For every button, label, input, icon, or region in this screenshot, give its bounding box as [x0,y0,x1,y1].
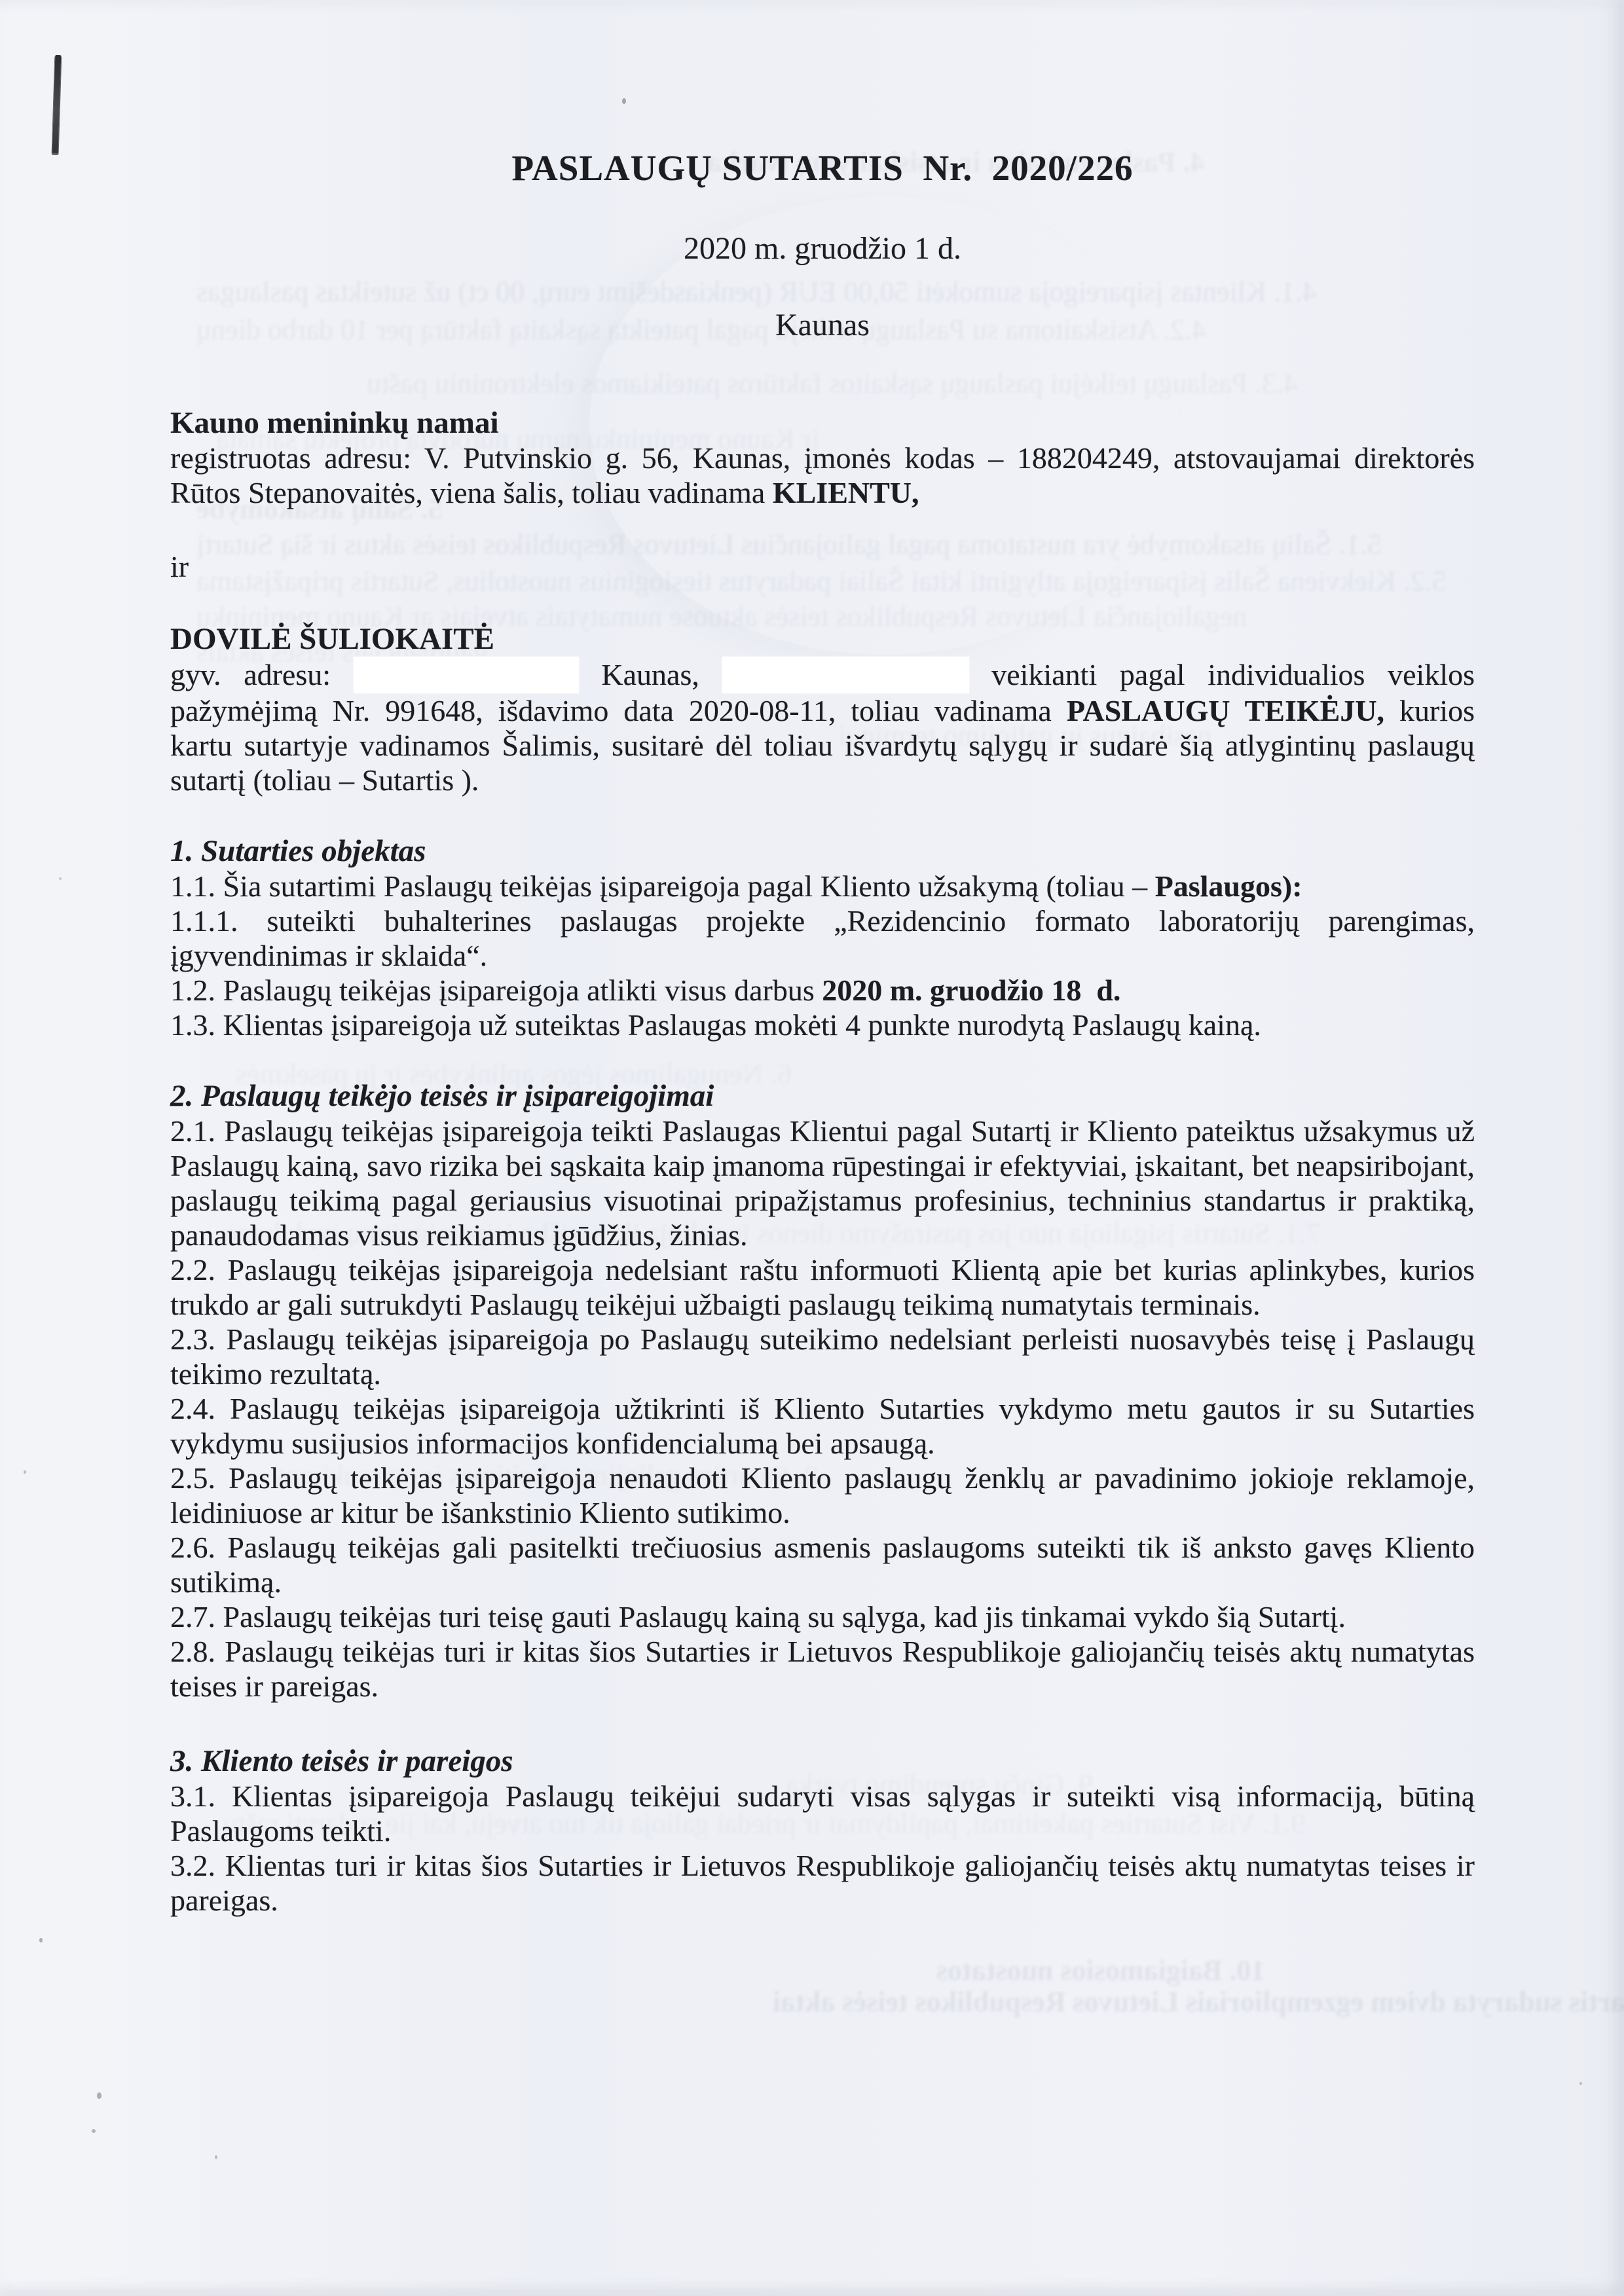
provider-certificate-text: pažymėjimą Nr. 991648, išdavimo data 202… [170,694,1052,727]
scan-speckle [39,1938,43,1942]
clause-1-1-text: 1.1. Šia sutartimi Paslaugų teikėjas įsi… [170,869,1147,903]
client-line2-text: Rūtos Stepanovaitės, viena šalis, toliau… [170,476,765,509]
scan-speckle [97,2092,101,2099]
provider-activity-text: veikianti pagal individualios veiklos [991,658,1475,691]
provider-term: PASLAUGŲ TEIKĖJU, [1067,694,1384,727]
scan-speckle [1579,2082,1582,2085]
provider-details-line4: sutartį (toliau – Sutartis ). [170,763,1475,797]
section-1-heading: 1. Sutarties objektas [170,834,1475,869]
provider-details-line2: pažymėjimą Nr. 991648, išdavimo data 202… [170,693,1475,728]
contract-content: PASLAUGŲ SUTARTIS Nr. 2020/226 2020 m. g… [170,0,1475,1918]
contract-city: Kaunas [170,307,1475,343]
scanned-contract-page: 4. Paslaugų kaina ir atsiskaitymų tvarka… [0,0,1624,2296]
scan-speckle [92,2129,96,2133]
redacted-address-box [354,657,579,693]
scan-speckle [215,2155,217,2159]
clause-1-2: 1.2. Paslaugų teikėjas įsipareigoja atli… [170,973,1475,1008]
client-name: Kauno menininkų namai [170,406,1475,441]
redacted-info-box [722,657,969,693]
scan-speckle [59,877,62,880]
conjunction: ir [170,549,1475,584]
clause-2-3: 2.3. Paslaugų teikėjas įsipareigoja po P… [170,1322,1475,1391]
scan-speckle [24,1470,26,1474]
provider-details-line1: gyv. adresu: Kaunas, veikianti pagal ind… [170,657,1475,693]
clause-2-6: 2.6. Paslaugų teikėjas gali pasitelkti t… [170,1530,1475,1599]
section-2-heading: 2. Paslaugų teikėjo teisės ir įsipareigo… [170,1079,1475,1114]
client-term: KLIENTU, [773,476,919,509]
clause-3-1: 3.1. Klientas įsipareigoja Paslaugų teik… [170,1779,1475,1848]
section-3-heading: 3. Kliento teisės ir pareigos [170,1744,1475,1779]
clause-1-1-term: Paslaugos): [1155,869,1302,903]
clause-1-3: 1.3. Klientas įsipareigoja už suteiktas … [170,1008,1475,1042]
clause-1-2-text: 1.2. Paslaugų teikėjas įsipareigoja atli… [170,974,815,1007]
provider-line2-tail: kurios [1399,694,1475,727]
provider-city: Kaunas, [601,658,699,691]
provider-name: DOVILĖ ŠULIOKAITĖ [170,622,1475,657]
clause-3-2: 3.2. Klientas turi ir kitas šios Sutarti… [170,1848,1475,1918]
client-details-line2: Rūtos Stepanovaitės, viena šalis, toliau… [170,475,1475,510]
pen-mark-artifact [52,55,62,153]
clause-1-1-1: 1.1.1. suteikti buhalterines paslaugas p… [170,903,1475,973]
contract-date: 2020 m. gruodžio 1 d. [170,230,1475,266]
clause-2-7: 2.7. Paslaugų teikėjas turi teisę gauti … [170,1599,1475,1634]
clause-2-1: 2.1. Paslaugų teikėjas įsipareigoja teik… [170,1114,1475,1252]
clause-1-1: 1.1. Šia sutartimi Paslaugų teikėjas įsi… [170,869,1475,903]
clause-2-2: 2.2. Paslaugų teikėjas įsipareigoja nede… [170,1252,1475,1322]
clause-1-2-deadline: 2020 m. gruodžio 18 d. [822,974,1120,1007]
clause-2-4: 2.4. Paslaugų teikėjas įsipareigoja užti… [170,1391,1475,1461]
clause-2-5: 2.5. Paslaugų teikėjas įsipareigoja nena… [170,1461,1475,1530]
provider-address-label: gyv. adresu: [170,658,331,691]
bleed-through-line: 10. Baigiamosios nuostatos [936,1954,1265,1987]
bleed-through-line: 10.1. Sutartis sudaryta dviem egzemplior… [773,1985,1624,2018]
provider-details-line3: kartu sutartyje vadinamos Šalimis, susit… [170,728,1475,763]
clause-2-8: 2.8. Paslaugų teikėjas turi ir kitas šio… [170,1634,1475,1704]
client-details-line1: registruotas adresu: V. Putvinskio g. 56… [170,441,1475,475]
contract-title: PASLAUGŲ SUTARTIS Nr. 2020/226 [170,148,1475,189]
